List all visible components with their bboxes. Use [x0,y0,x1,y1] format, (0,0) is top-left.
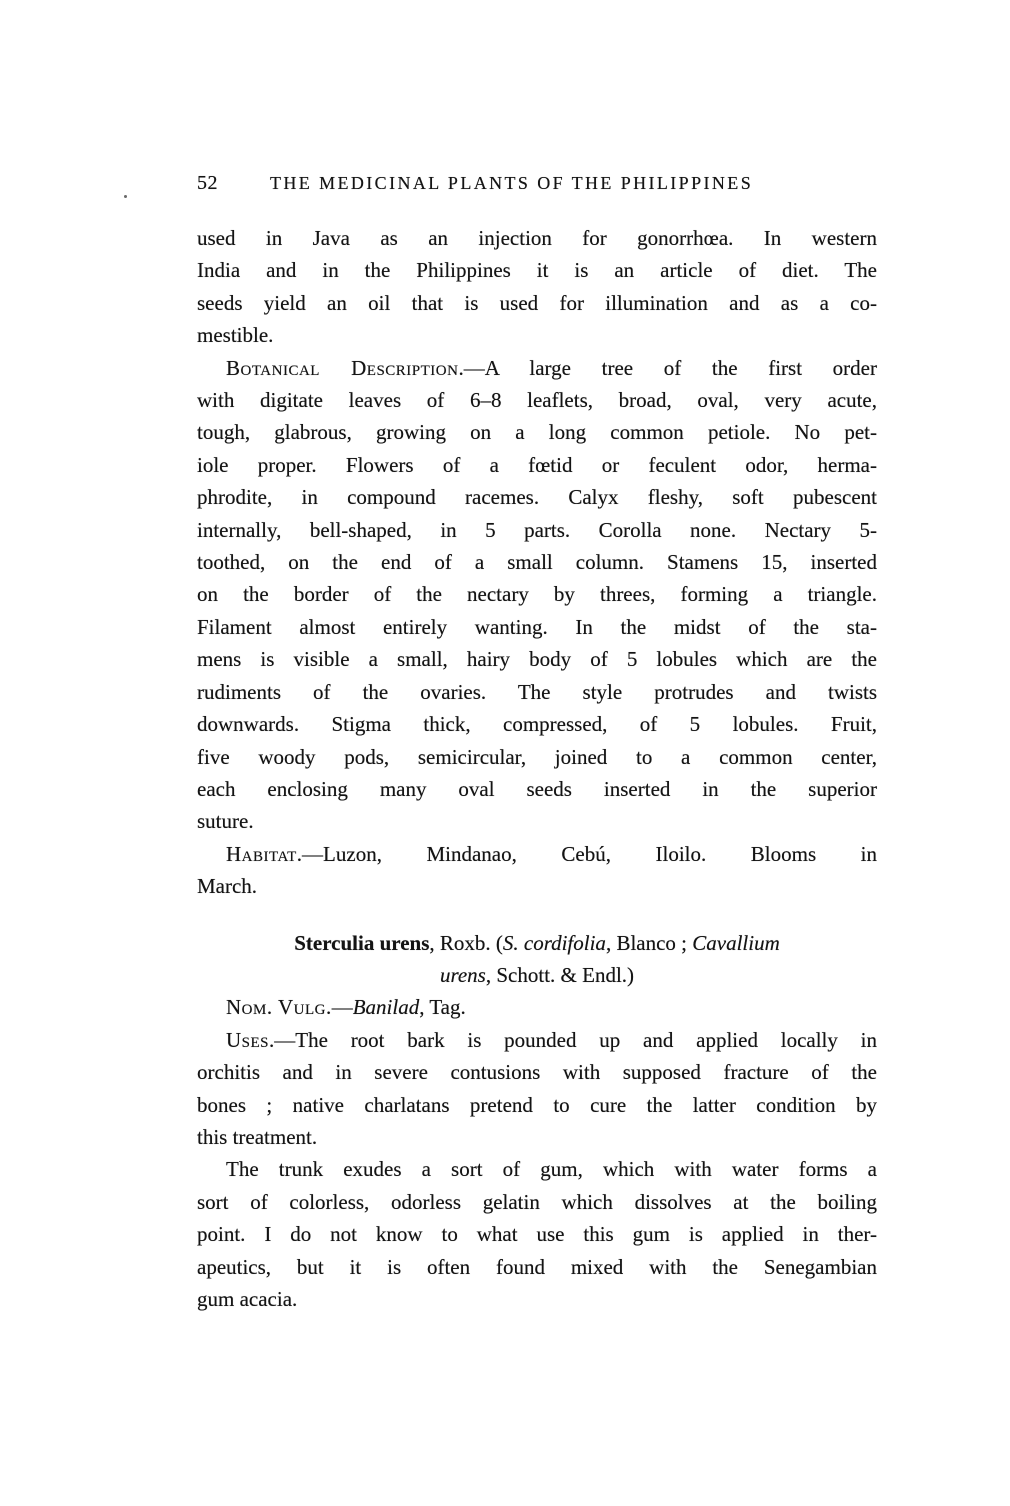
text-line: used in Java as an injection for gonorrh… [197,222,877,254]
text-run: , Blanco ; [606,931,692,955]
text-line: with digitate leaves of 6–8 leaflets, br… [197,384,877,416]
text-line: gum acacia. [197,1283,877,1315]
text-run: .—A large tree of the first order [458,356,877,380]
text-line: March. [197,870,877,902]
page-header: 52 THE MEDICINAL PLANTS OF THE PHILIPPIN… [197,172,877,195]
text-run: The trunk exudes a sort of gum, which wi… [226,1157,877,1181]
text-run: iole proper. Flowers of a fœtid or fecul… [197,453,877,477]
text-line: on the border of the nectary by threes, … [197,578,877,610]
text-run: .—The root bark is pounded up and applie… [269,1028,877,1052]
text-line: seeds yield an oil that is used for illu… [197,287,877,319]
text-line: point. I do not know to what use this gu… [197,1218,877,1250]
text-line: Sterculia urens, Roxb. (S. cordifolia, B… [197,927,877,959]
text-run: tough, glabrous, growing on a long commo… [197,420,877,444]
text-run: , Schott. & Endl.) [486,963,634,987]
text-run: sort of colorless, odorless gelatin whic… [197,1190,877,1214]
text-run: this treatment. [197,1125,317,1149]
text-line: toothed, on the end of a small column. S… [197,546,877,578]
text-line: mens is visible a small, hairy body of 5… [197,643,877,675]
text-run: internally, bell-shaped, in 5 parts. Cor… [197,518,877,542]
paragraph-intro: used in Java as an injection for gonorrh… [197,222,877,352]
text-line: apeutics, but it is often found mixed wi… [197,1251,877,1283]
text-line: Habitat.—Luzon, Mindanao, Cebú, Iloilo. … [197,838,877,870]
book-page: 52 THE MEDICINAL PLANTS OF THE PHILIPPIN… [0,0,1010,1506]
text-line: sort of colorless, odorless gelatin whic… [197,1186,877,1218]
text-run: .—Luzon, Mindanao, Cebú, Iloilo. Blooms … [297,842,877,866]
text-run: Banilad [353,995,420,1019]
paragraph-nom-vulg: Nom. Vulg.—Banilad, Tag. [197,991,877,1023]
text-line: Nom. Vulg.—Banilad, Tag. [197,991,877,1023]
text-run: point. I do not know to what use this gu… [197,1222,877,1246]
text-run: Nom. Vulg. [226,995,332,1019]
text-line: Filament almost entirely wanting. In the… [197,611,877,643]
text-run: Cavallium [692,931,780,955]
text-line: downwards. Stigma thick, compressed, of … [197,708,877,740]
text-line: five woody pods, semicircular, joined to… [197,741,877,773]
text-run: , Tag. [419,995,466,1019]
text-run: five woody pods, semicircular, joined to… [197,745,877,769]
text-run: with digitate leaves of 6–8 leaflets, br… [197,388,877,412]
text-run: Sterculia urens [294,931,429,955]
ink-speck [124,195,127,198]
paragraph-gum: The trunk exudes a sort of gum, which wi… [197,1153,877,1315]
text-line: orchitis and in severe contusions with s… [197,1056,877,1088]
text-line: tough, glabrous, growing on a long commo… [197,416,877,448]
paragraph-uses: Uses.—The root bark is pounded up and ap… [197,1024,877,1154]
text-line: urens, Schott. & Endl.) [197,959,877,991]
text-run: toothed, on the end of a small column. S… [197,550,877,574]
text-line: internally, bell-shaped, in 5 parts. Cor… [197,514,877,546]
species-heading: Sterculia urens, Roxb. (S. cordifolia, B… [197,927,877,992]
text-run: each enclosing many oval seeds inserted … [197,777,877,801]
text-run: gum acacia. [197,1287,297,1311]
text-run: seeds yield an oil that is used for illu… [197,291,877,315]
text-line: each enclosing many oval seeds inserted … [197,773,877,805]
text-run: orchitis and in severe contusions with s… [197,1060,877,1084]
text-block: used in Java as an injection for gonorrh… [197,222,877,1315]
text-line: mestible. [197,319,877,351]
text-run: rudiments of the ovaries. The style prot… [197,680,877,704]
text-run: mestible. [197,323,273,347]
text-run: on the border of the nectary by threes, … [197,582,877,606]
text-run: downwards. Stigma thick, compressed, of … [197,712,877,736]
text-run: suture. [197,809,254,833]
text-line: The trunk exudes a sort of gum, which wi… [197,1153,877,1185]
text-run: Uses [226,1028,269,1052]
text-run: Filament almost entirely wanting. In the… [197,615,877,639]
text-run: March. [197,874,257,898]
text-line: India and in the Philippines it is an ar… [197,254,877,286]
text-line: rudiments of the ovaries. The style prot… [197,676,877,708]
text-run: S. cordifolia [503,931,606,955]
text-run: mens is visible a small, hairy body of 5… [197,647,877,671]
text-line: iole proper. Flowers of a fœtid or fecul… [197,449,877,481]
page-number: 52 [197,172,218,195]
text-run: — [332,995,353,1019]
text-run: urens [440,963,486,987]
text-run: apeutics, but it is often found mixed wi… [197,1255,877,1279]
text-run: , Roxb. ( [429,931,503,955]
text-run: used in Java as an injection for gonorrh… [197,226,877,250]
text-run: Botanical Description [226,356,458,380]
text-line: bones ; native charlatans pretend to cur… [197,1089,877,1121]
text-line: suture. [197,805,877,837]
paragraph-botanical-description: Botanical Description.—A large tree of t… [197,352,877,838]
header-title: THE MEDICINAL PLANTS OF THE PHILIPPINES [270,173,753,194]
paragraph-habitat: Habitat.—Luzon, Mindanao, Cebú, Iloilo. … [197,838,877,903]
text-line: phrodite, in compound racemes. Calyx fle… [197,481,877,513]
text-run: phrodite, in compound racemes. Calyx fle… [197,485,877,509]
text-run: Habitat [226,842,297,866]
text-run: bones ; native charlatans pretend to cur… [197,1093,877,1117]
text-line: Uses.—The root bark is pounded up and ap… [197,1024,877,1056]
text-run: India and in the Philippines it is an ar… [197,258,877,282]
text-line: this treatment. [197,1121,877,1153]
text-line: Botanical Description.—A large tree of t… [197,352,877,384]
